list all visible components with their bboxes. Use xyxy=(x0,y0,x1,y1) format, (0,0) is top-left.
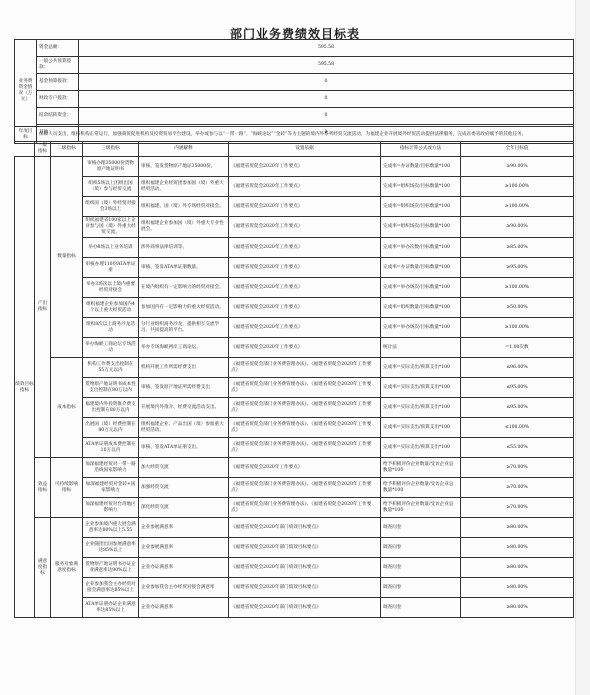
budget-label: 财政专户拨款： xyxy=(37,91,79,108)
budget-row: 一般公共预算拨款：595.58 xyxy=(15,57,574,74)
level3-indicator: 举办3场次以上境内重要经贸对接会 xyxy=(83,278,139,298)
table-row: 组织5场以上团组出国（境）参与经贸交流组织福建企业经贸团参加国（境）外重大经贸活… xyxy=(35,177,574,197)
level3-indicator: 组织国（境）外经贸对接会3场以上 xyxy=(83,197,139,217)
table-row: 组织福建省100家以上企业参与国（境）外重大经贸交流。组织福建企业参加国（境）外… xyxy=(35,217,574,238)
basis: 《福建省贸促会2020年工作要点》 xyxy=(229,458,381,478)
level3-indicator: 福建境内外投资推介费支出控制在80万以内 xyxy=(83,398,139,418)
table-row: 审核办理110份ATA单证册审核、签发ATA单证册数量。《福建省贸促会2020年… xyxy=(35,258,574,278)
definition: 在境内组织有一定影响力的经贸对接会。 xyxy=(139,278,229,298)
basis: 《福建省贸促会部门业务费管理办法》、《福建省贸促会2020年工作要点》 xyxy=(229,398,381,418)
definition: 企业参展满意率 xyxy=(139,538,229,558)
basis: 《福建省贸促会部门业务费管理办法》、《福建省贸促会2020年工作要点》 xyxy=(229,498,381,518)
formula: 完成率=实际支出/预算支出*100 xyxy=(381,418,461,438)
target-value: ≥50.00% xyxy=(461,298,574,318)
definition: 深化经贸交流 xyxy=(139,498,229,518)
formula: 完成率=举办场次/目标数量*100 xyxy=(381,318,461,338)
target-value: ≥95.00% xyxy=(461,258,574,278)
level3-indicator: 组织福建企业参加国内4个以上重大经贸活动 xyxy=(83,298,139,318)
indicator-table: 一级指标二级指标三级指标内涵解释设置依据指标计算公式或方法全年目标值产出指标数量… xyxy=(34,141,574,618)
definition: 机构开展工作所需经费支出 xyxy=(139,358,229,378)
level1-indicator: 满意度指标 xyxy=(35,518,51,618)
level3-indicator: ATA单证册成本费控制在10万以内 xyxy=(83,438,139,458)
budget-label: 资金总额： xyxy=(37,40,79,57)
level3-indicator: 举办海峡工商论坛专场活动 xyxy=(83,338,139,358)
target-value: ≥80.00% xyxy=(461,558,574,578)
definition: 加强经贸交流 xyxy=(139,478,229,498)
table-row: 效益指标可持续影响指标加深福建经贸对一带一路沿线国家影响力加大经贸交流《福建省贸… xyxy=(35,458,574,478)
table-row: 成本指标机构工作费支出控制在55万元以内机构开展工作所需经费支出《福建省贸促会部… xyxy=(35,358,574,378)
basis: 《福建省贸促会2020年部门绩效目标要点》 xyxy=(229,518,381,538)
table-row: 加深福建经贸对台湾地区影响力深化经贸交流《福建省贸促会部门业务费管理办法》、《福… xyxy=(35,498,574,518)
column-header: 三级指标 xyxy=(83,142,139,157)
table-row: 企业随团出国参展满意率达85%以上企业参展满意率《福建省贸促会2020年部门绩效… xyxy=(35,538,574,558)
level3-indicator: 加深福建经贸对金砖+国家影响力 xyxy=(83,478,139,498)
definition: 企业参展满意率 xyxy=(139,518,229,538)
basis: 《福建省贸促会2020年工作要点》 xyxy=(229,217,381,238)
definition: 加大经贸交流 xyxy=(139,458,229,478)
formula: 完成率=组织数量/目标数量*100 xyxy=(381,298,461,318)
level3-indicator: ATA单证册办证企业满意率达85%以上 xyxy=(83,598,139,618)
target-value: ≤55.00% xyxy=(461,438,574,458)
budget-value: 595.58 xyxy=(79,40,574,57)
basis: 《福建省贸促会2020年工作要点》 xyxy=(229,298,381,318)
target-value: ≥80.00% xyxy=(461,518,574,538)
definition: 组织福建企业经贸团参加国（境）外重大经贸活动。 xyxy=(139,177,229,197)
table-row: 福建境内外投资推介费支出控制在80万以内开展境内外推介、经费交流活动支出。《福建… xyxy=(35,398,574,418)
formula: 完成率=组织场次/目标数量*100 xyxy=(381,217,461,238)
formula: 调查问卷 xyxy=(381,578,461,598)
budget-row: 业务费资金情况（万元）资金总额：595.58 xyxy=(15,40,574,57)
target-value: ≥70.00% xyxy=(461,478,574,498)
table-row: 组织国（境）外经贸对接会3场以上组织福建、国（境）外专场经贸对接会。《福建省贸促… xyxy=(35,197,574,217)
basis: 《福建省贸促会2020年工作要点》 xyxy=(229,197,381,217)
definition: 审核、签发ATA单证册数量。 xyxy=(139,258,229,278)
budget-label: 基金预算拨款： xyxy=(37,74,79,91)
formula: 完成率=实际支出/预算支出*100 xyxy=(381,438,461,458)
level3-indicator: 加深福建经贸对一带一路沿线国家影响力 xyxy=(83,458,139,478)
table-row: 加深福建经贸对金砖+国家影响力加强经贸交流《福建省贸促会部门业务费管理办法》、《… xyxy=(35,478,574,498)
target-value: ≥70.00% xyxy=(461,498,574,518)
budget-label: 结余结转资金： xyxy=(37,108,79,125)
table-row: 企业参加我会主办经贸对接会满意率达85%以上企业参加我会主办经贸对接会满意率《福… xyxy=(35,578,574,598)
level3-indicator: 企业随团出国参展满意率达85%以上 xyxy=(83,538,139,558)
target-value: ≤100.00% xyxy=(461,418,574,438)
definition: 参加国内有一定影响力的重大经贸活动。 xyxy=(139,298,229,318)
budget-row: 基金预算拨款：0 xyxy=(15,74,574,91)
formula: 调查问卷 xyxy=(381,558,461,578)
basis: 《福建省贸促会2020年工作要点》 xyxy=(229,258,381,278)
definition: 开展境内外推介、经费交流活动支出。 xyxy=(139,398,229,418)
target-value: ≥90.00% xyxy=(461,157,574,177)
target-value: ≤95.00% xyxy=(461,398,574,418)
document-page: 部门业务费绩效目标表 业务费资金情况（万元）资金总额：595.58一般公共预算拨… xyxy=(0,0,590,695)
table-row: ATA单证册成本费控制在10万以内审核、签发ATA单证册支出。《福建省贸促会部门… xyxy=(35,438,574,458)
formula: 完成率=办证数量/目标数量*100 xyxy=(381,157,461,177)
formula: 给予积极评价企业数量/受访企业总数量*100 xyxy=(381,458,461,478)
formula: 给予积极评价企业数量/受访企业总数量*100 xyxy=(381,498,461,518)
formula: 完成率=实际支出/预算支出*100 xyxy=(381,398,461,418)
level3-indicator: 组织8次以上商务沙龙活动 xyxy=(83,318,139,338)
target-value: ≥100.00% xyxy=(461,318,574,338)
table-row: 举办3场次以上境内重要经贸对接会在境内组织有一定影响力的经贸对接会。《福建省贸促… xyxy=(35,278,574,298)
table-row: 举办海峡工商论坛专场活动举办专场海峡两岸工商论坛。《福建省贸促会2020年工作要… xyxy=(35,338,574,358)
target-value: =1.00次数 xyxy=(461,338,574,358)
basis: 《福建省贸促会2020年工作要点》 xyxy=(229,278,381,298)
level3-indicator: 加深福建经贸对台湾地区影响力 xyxy=(83,498,139,518)
budget-value: 0 xyxy=(79,91,574,108)
definition: 组织福建企业参加国（境）外重大专业性展会。 xyxy=(139,217,229,238)
formula: 统计法 xyxy=(381,338,461,358)
formula: 完成率=组织场次/目标数量*100 xyxy=(381,197,461,217)
table-row: ATA单证册办证企业满意率达85%以上企业办证满意率《福建省贸促会2020年部门… xyxy=(35,598,574,618)
basis: 《福建省贸促会部门业务费管理办法》、《福建省贸促会2020年工作要点》 xyxy=(229,438,381,458)
level3-indicator: 组织5场以上团组出国（境）参与经贸交流 xyxy=(83,177,139,197)
table-row: 组织福建企业参加国内4个以上重大经贸活动参加国内有一定影响力的重大经贸活动。《福… xyxy=(35,298,574,318)
basis: 《福建省贸促会部门业务费管理办法》、《福建省贸促会2020年工作要点》 xyxy=(229,378,381,398)
target-value: ≥100.00% xyxy=(461,177,574,197)
basis: 《福建省贸促会2020年部门绩效目标要点》 xyxy=(229,538,381,558)
table-row: 出展国（境）经费控制在80万元以内组织福建企业、产品出国（境）参加重大经贸活动。… xyxy=(35,418,574,438)
level3-indicator: 货物原产地证明书办证企业满意率达90%以上 xyxy=(83,558,139,578)
level3-indicator: 机构工作费支出控制在55万元以内 xyxy=(83,358,139,378)
header-row: 一级指标二级指标三级指标内涵解释设置依据指标计算公式或方法全年目标值 xyxy=(35,142,574,157)
table-row: 货物原产地证明书办证企业满意率达90%以上企业办证满意率《福建省贸促会2020年… xyxy=(35,558,574,578)
target-value: ≥100.00% xyxy=(461,278,574,298)
target-value: ≥80.00% xyxy=(461,598,574,618)
definition: 审核、签发原产地证所需经费支出 xyxy=(139,378,229,398)
definition: 分行业组织商务沙龙，提供相互交流学习、共同提高的平台。 xyxy=(139,318,229,338)
target-value: ≥100.00% xyxy=(461,197,574,217)
table-row: 产出指标数量指标审核办理35000份货物原产地证明书审核、签发货物原产地证350… xyxy=(35,157,574,177)
formula: 完成率=举办场次/目标数量*100 xyxy=(381,278,461,298)
table-row: 货物原产地证明书成本性支出控制在80万以内审核、签发原产地证所需经费支出《福建省… xyxy=(35,378,574,398)
formula: 调查问卷 xyxy=(381,538,461,558)
definition: 企业参加我会主办经贸对接会满意率 xyxy=(139,578,229,598)
target-value: ≥80.00% xyxy=(461,538,574,558)
performance-group-label: 绩效目标指标 xyxy=(14,156,34,618)
basis: 《福建省贸促会2020年工作要点》 xyxy=(229,177,381,197)
level3-indicator: 企业参加境内重大展会满意率达80%以上5.55 xyxy=(83,518,139,538)
target-value: ≤95.00% xyxy=(461,378,574,398)
basis: 《福建省贸促会2020年工作要点》 xyxy=(229,157,381,177)
basis: 《福建省贸促会部门业务费管理办法》、《福建省贸促会2020年工作要点》 xyxy=(229,478,381,498)
formula: 调查问卷 xyxy=(381,598,461,618)
level2-indicator: 服务对象满意度指标 xyxy=(51,518,83,618)
table-row: 组织8次以上商务沙龙活动分行业组织商务沙龙，提供相互交流学习、共同提高的平台。《… xyxy=(35,318,574,338)
level3-indicator: 举办8场以上业务培训 xyxy=(83,238,139,258)
target-value: ≤96.00% xyxy=(461,358,574,378)
basis: 《福建省贸促会部门业务费管理办法》、《福建省贸促会2020年工作要点》 xyxy=(229,358,381,378)
budget-value: 0 xyxy=(79,108,574,125)
definition: 涉外商事法律培训等。 xyxy=(139,238,229,258)
definition: 企业办证满意率 xyxy=(139,598,229,618)
column-header: 指标计算公式或方法 xyxy=(381,142,461,157)
basis: 《福建省贸促会2020年工作要点》 xyxy=(229,338,381,358)
column-header: 设置依据 xyxy=(229,142,381,157)
column-header: 全年目标值 xyxy=(461,142,574,157)
level1-indicator: 效益指标 xyxy=(35,458,51,518)
formula: 完成率=办证数量/目标数量*100 xyxy=(381,258,461,278)
target-value: ≥80.00% xyxy=(461,578,574,598)
level3-indicator: 审核办理35000份货物原产地证明书 xyxy=(83,157,139,177)
level3-indicator: 货物原产地证明书成本性支出控制在80万以内 xyxy=(83,378,139,398)
level3-indicator: 出展国（境）经费控制在80万元以内 xyxy=(83,418,139,438)
definition: 企业办证满意率 xyxy=(139,558,229,578)
basis: 《福建省贸促会2020年工作要点》 xyxy=(229,318,381,338)
level2-indicator: 成本指标 xyxy=(51,358,83,458)
basis: 《福建省贸促会部门业务费管理办法》、《福建省贸促会2020年工作要点》 xyxy=(229,418,381,438)
basis: 《福建省贸促会2020年部门绩效目标要点》 xyxy=(229,578,381,598)
level3-indicator: 企业参加我会主办经贸对接会满意率达85%以上 xyxy=(83,578,139,598)
budget-row: 财政专户拨款：0 xyxy=(15,91,574,108)
column-header: 一级指标 xyxy=(35,142,51,157)
target-value: ≥90.00% xyxy=(461,217,574,238)
definition: 组织福建企业、产品出国（境）参加重大经贸活动。 xyxy=(139,418,229,438)
level2-indicator: 数量指标 xyxy=(51,157,83,358)
definition: 审核、签发ATA单证册支出。 xyxy=(139,438,229,458)
target-value: ≥70.00% xyxy=(461,458,574,478)
formula: 完成率=实际支出/预算支出*100 xyxy=(381,358,461,378)
formula: 完成率=组织场次/目标数量*100 xyxy=(381,177,461,197)
budget-value: 595.58 xyxy=(79,57,574,74)
basis: 《福建省贸促会2020年工作要点》 xyxy=(229,238,381,258)
definition: 审核、签发货物原产地证35000份。 xyxy=(139,157,229,177)
formula: 完成率=举办次数/目标数量*100 xyxy=(381,238,461,258)
basis: 《福建省贸促会2020年部门绩效目标要点》 xyxy=(229,558,381,578)
level1-indicator: 产出指标 xyxy=(35,157,51,458)
formula: 调查问卷 xyxy=(381,518,461,538)
column-header: 二级指标 xyxy=(51,142,83,157)
table-row: 举办8场以上业务培训涉外商事法律培训等。《福建省贸促会2020年工作要点》完成率… xyxy=(35,238,574,258)
target-value: ≥85.00% xyxy=(461,238,574,258)
column-header: 内涵解释 xyxy=(139,142,229,157)
definition: 举办专场海峡两岸工商论坛。 xyxy=(139,338,229,358)
formula: 完成率=实际支出/预算支出*100 xyxy=(381,378,461,398)
scan-edge xyxy=(575,0,590,695)
level2-indicator: 可持续影响指标 xyxy=(51,458,83,518)
budget-label: 一般公共预算拨款： xyxy=(37,57,79,74)
definition: 组织福建、国（境）外专场经贸对接会。 xyxy=(139,197,229,217)
budget-value: 0 xyxy=(79,74,574,91)
level3-indicator: 组织福建省100家以上企业参与国（境）外重大经贸交流。 xyxy=(83,217,139,238)
basis: 《福建省贸促会2020年部门绩效目标要点》 xyxy=(229,598,381,618)
formula: 给予积极评价企业数量/受访企业总数量*100 xyxy=(381,478,461,498)
level3-indicator: 审核办理110份ATA单证册 xyxy=(83,258,139,278)
budget-row: 结余结转资金：0 xyxy=(15,108,574,125)
table-row: 满意度指标服务对象满意度指标企业参加境内重大展会满意率达80%以上5.55企业参… xyxy=(35,518,574,538)
